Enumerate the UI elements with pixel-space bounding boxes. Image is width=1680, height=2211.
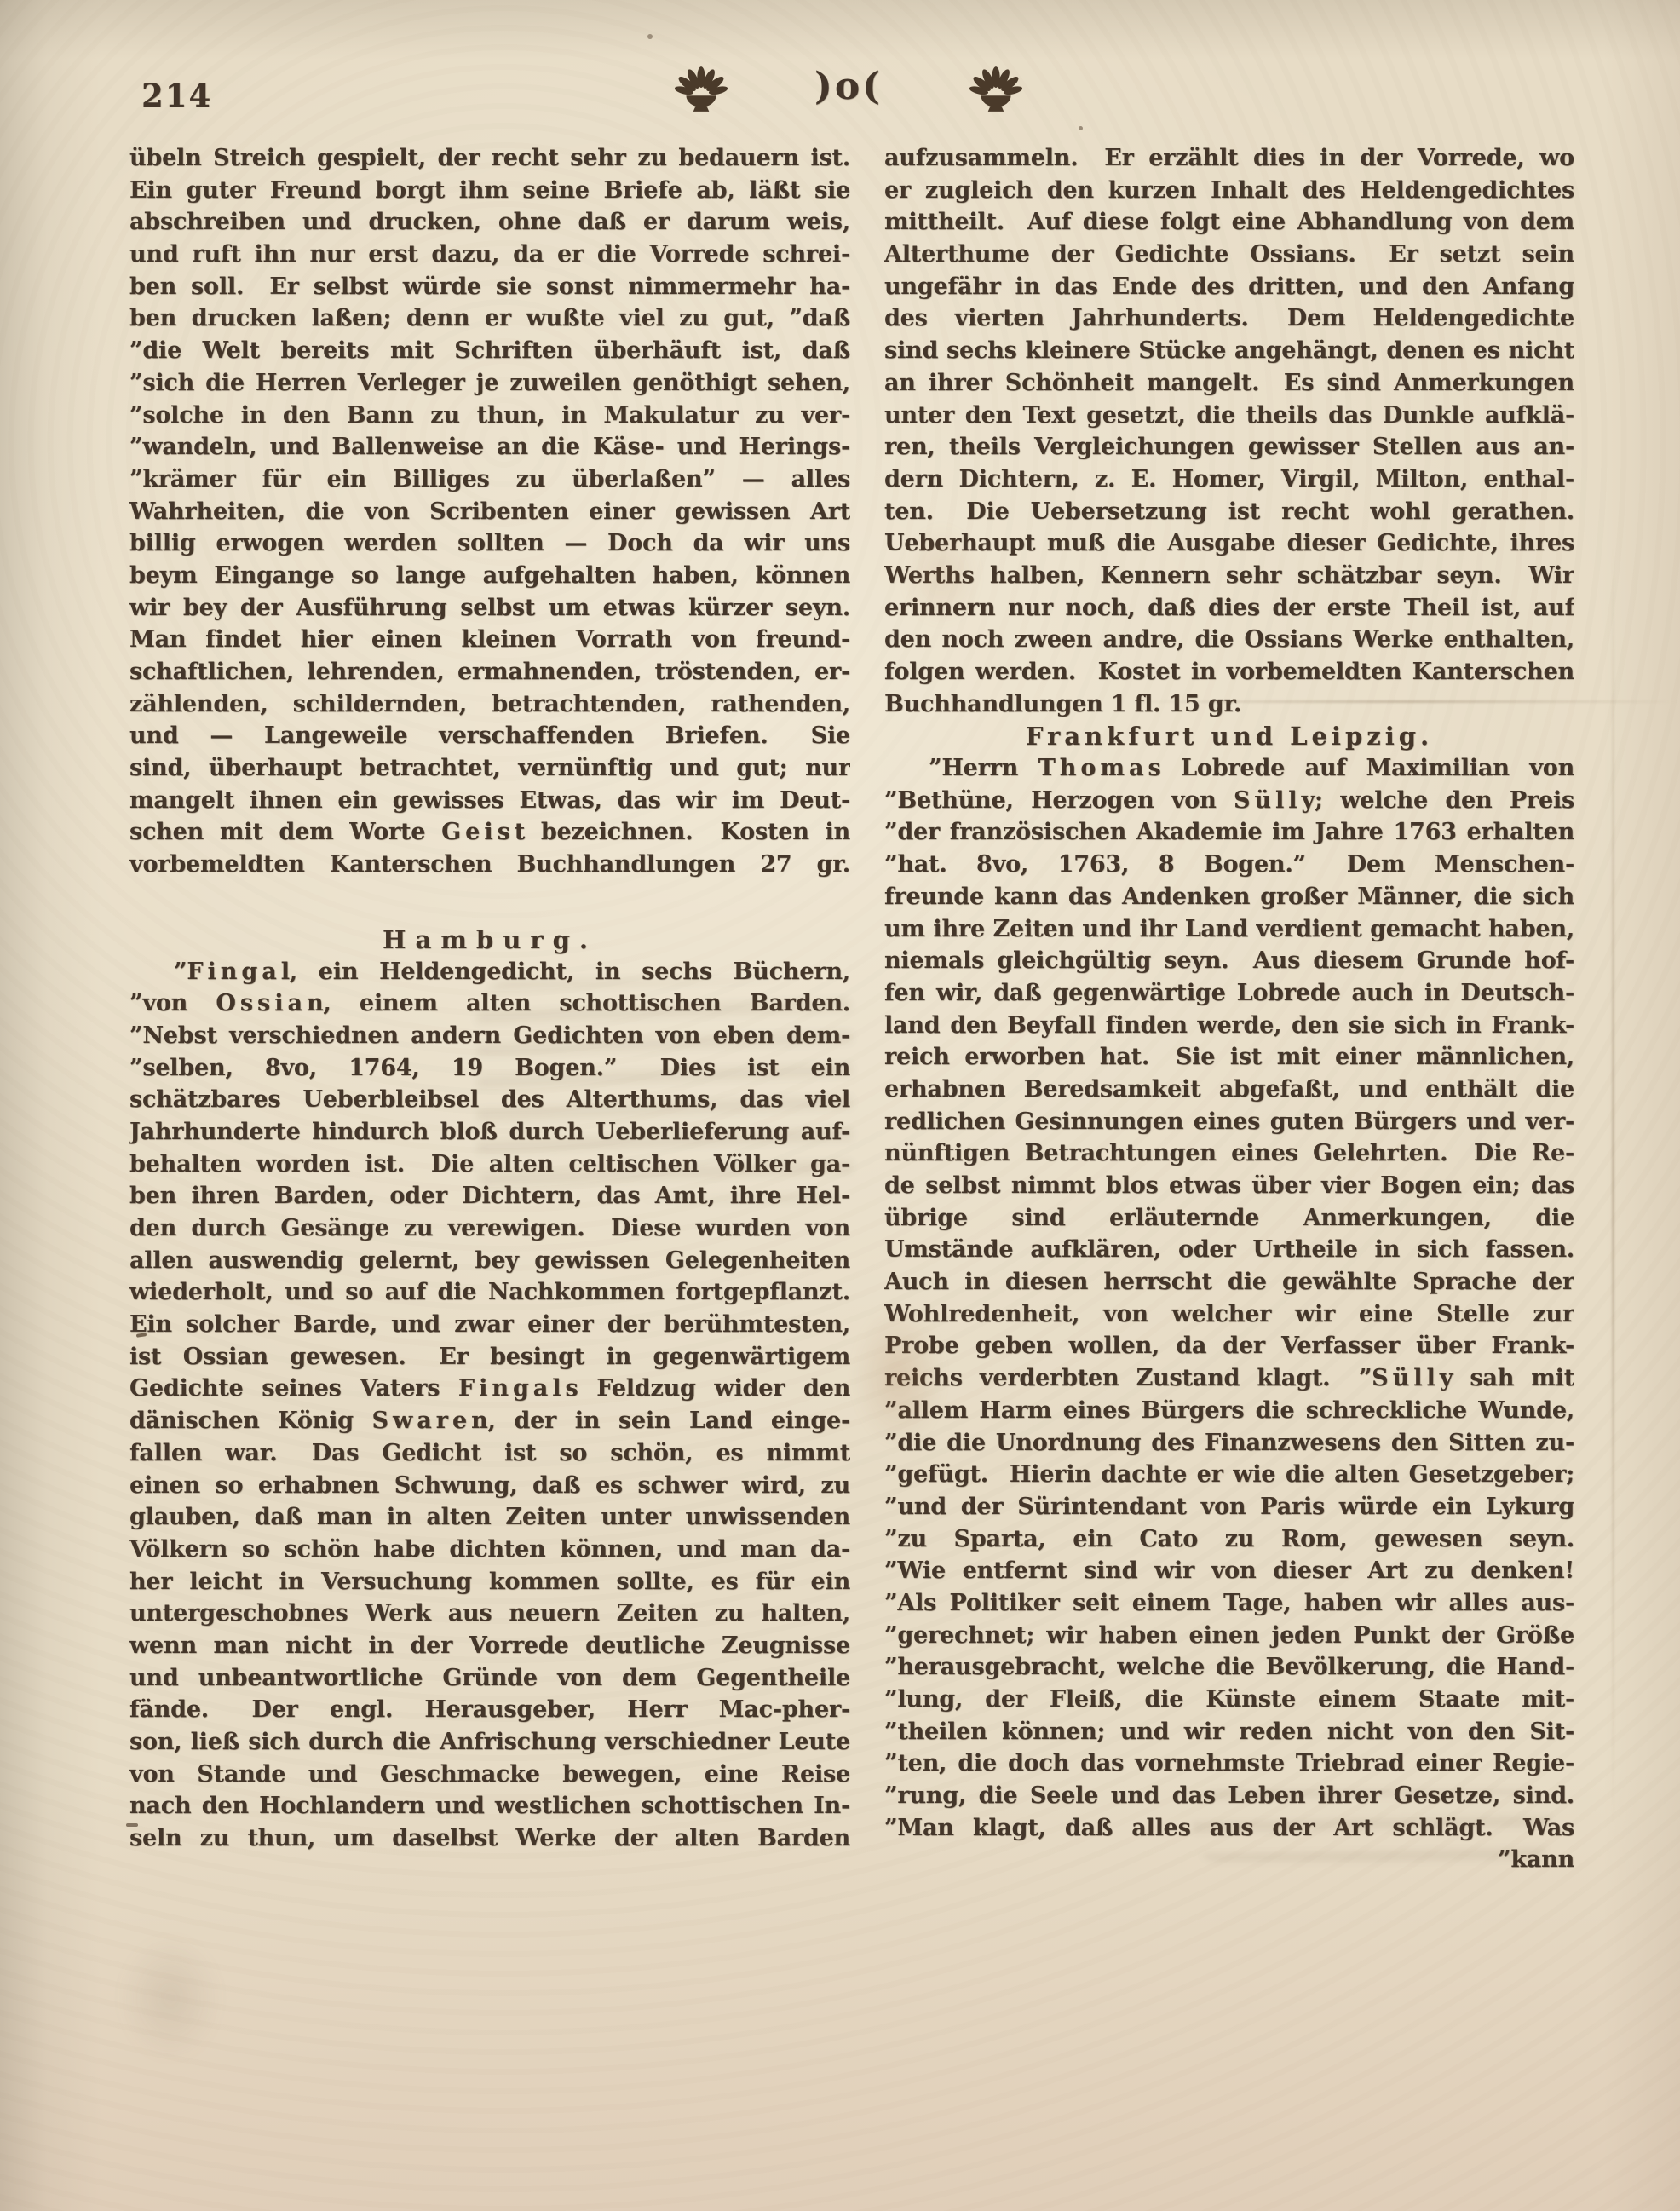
text-line: Alterthume der Gedichte Ossians. Er setz…	[884, 239, 1574, 272]
text-line: schen mit dem Worte G e i s t bezeichnen…	[129, 817, 850, 849]
text-line: abschreiben und drucken, ohne daß er dar…	[129, 207, 850, 239]
text-line: Wohlredenheit, von welcher wir eine Stel…	[884, 1299, 1574, 1332]
text-line: ”sich die Herren Verleger je zuweilen ge…	[129, 368, 850, 400]
text-line: ”gerechnet; wir haben einen jeden Punkt …	[884, 1621, 1574, 1653]
text-line: einen so erhabnen Schwung, daß es schwer…	[129, 1471, 850, 1503]
text-line: wenn man nicht in der Vorrede deutliche …	[129, 1631, 850, 1663]
text-line: allen auswendig gelernt, bey gewissen Ge…	[129, 1246, 850, 1278]
text-line: nach den Hochlandern und westlichen scho…	[129, 1791, 850, 1823]
text-line: beym Eingange so lange aufgehalten haben…	[129, 561, 850, 593]
text-line: freunde kann das Andenken großer Männer,…	[884, 882, 1574, 914]
text-line: ren, theils Vergleichungen gewisser Stel…	[884, 432, 1574, 464]
text-line: ”der französischen Akademie im Jahre 176…	[884, 817, 1574, 849]
text-line: dänischen König S w a r e n, der in sein…	[129, 1406, 850, 1438]
text-line: mittheilt. Auf diese folgt eine Abhandlu…	[884, 207, 1574, 239]
text-line: des vierten Jahrhunderts. Dem Heldengedi…	[884, 303, 1574, 336]
text-line: und — Langeweile verschaffenden Briefen.…	[129, 721, 850, 753]
text-line: erhabnen Beredsamkeit abgefaßt, und enth…	[884, 1074, 1574, 1107]
text-line: den noch zween andre, die Ossians Werke …	[884, 625, 1574, 657]
left-column: übeln Streich gespielt, der recht sehr z…	[129, 143, 850, 1856]
text-line: Wahrheiten, die von Scribenten einer gew…	[129, 497, 850, 529]
text-line: dern Dichtern, z. E. Homer, Virgil, Milt…	[884, 464, 1574, 497]
paper-stain	[98, 1909, 243, 2087]
text-line: schaftlichen, lehrenden, ermahnenden, tr…	[129, 657, 850, 689]
text-line: folgen werden. Kostet in vorbemeldten Ka…	[884, 657, 1574, 689]
text-line: erinnern nur noch, daß dies der erste Th…	[884, 593, 1574, 625]
text-line: sind sechs kleinere Stücke angehängt, de…	[884, 336, 1574, 368]
text-line: niemals gleichgültig seyn. Aus diesem Gr…	[884, 946, 1574, 978]
header-ornament: )o(	[806, 65, 891, 108]
text-line: ”Herrn T h o m a s Lobrede auf Maximilia…	[884, 753, 1574, 786]
text-line: ”herausgebracht, welche die Bevölkerung,…	[884, 1652, 1574, 1684]
text-line: um ihre Zeiten und ihr Land verdient gem…	[884, 914, 1574, 947]
text-line: Ein guter Freund borgt ihm seine Briefe …	[129, 176, 850, 208]
text-line: Werths halben, Kennern sehr schätzbar se…	[884, 561, 1574, 593]
text-line: vorbemeldten Kanterschen Buchhandlungen …	[129, 849, 850, 882]
text-line: ”hat. 8vo, 1763, 8 Bogen.” Dem Menschen-	[884, 849, 1574, 882]
text-line: Ueberhaupt muß die Ausgabe dieser Gedich…	[884, 528, 1574, 561]
text-line: ”gefügt. Hierin dachte er wie die alten …	[884, 1460, 1574, 1492]
text-line: son, ließ sich durch die Anfrischung ver…	[129, 1727, 850, 1759]
text-line: an ihrer Schönheit mangelt. Es sind Anme…	[884, 368, 1574, 400]
text-line: ”von O s s i a n, einem alten schottisch…	[129, 988, 850, 1021]
text-line: zählenden, schildernden, betrachtenden, …	[129, 689, 850, 722]
text-line: glauben, daß man in alten Zeiten unter u…	[129, 1502, 850, 1534]
text-line: ”und der Sürintendant von Paris würde ei…	[884, 1492, 1574, 1524]
ink-speck	[1079, 126, 1083, 130]
catchword: ”kann	[884, 1845, 1574, 1877]
text-line: aufzusammeln. Er erzählt dies in der Vor…	[884, 143, 1574, 176]
ink-speck	[647, 34, 653, 39]
text-line: ”selben, 8vo, 1764, 19 Bogen.” Dies ist …	[129, 1053, 850, 1085]
text-line: nünftigen Betrachtungen eines Gelehrten.…	[884, 1138, 1574, 1171]
text-line: ”ten, die doch das vornehmste Triebrad e…	[884, 1748, 1574, 1781]
fleuron-ornament-right	[969, 65, 1022, 112]
text-line: untergeschobnes Werk aus neuern Zeiten z…	[129, 1598, 850, 1631]
text-line: ”Wie entfernt sind wir von dieser Art zu…	[884, 1556, 1574, 1588]
section-heading: Frankfurt und Leipzig.	[884, 721, 1574, 753]
text-line: ”wandeln, und Ballenweise an die Käse- u…	[129, 432, 850, 464]
text-line: und unbeantwortliche Gründe von dem Gege…	[129, 1663, 850, 1696]
text-line: ”krämer für ein Billiges zu überlaßen” —…	[129, 464, 850, 497]
paper-crease	[1612, 545, 1614, 1823]
text-line: Man findet hier einen kleinen Vorrath vo…	[129, 625, 850, 657]
text-line: ”Als Politiker seit einem Tage, haben wi…	[884, 1588, 1574, 1621]
text-line: ”theilen können; und wir reden nicht von…	[884, 1717, 1574, 1749]
text-line: er zugleich den kurzen Inhalt des Helden…	[884, 176, 1574, 208]
right-column: aufzusammeln. Er erzählt dies in der Vor…	[884, 143, 1574, 1877]
text-line: Jahrhunderte hindurch bloß durch Ueberli…	[129, 1117, 850, 1149]
text-line: fände. Der engl. Herausgeber, Herr Mac-p…	[129, 1695, 850, 1727]
text-line: Probe geben wollen, da der Verfasser übe…	[884, 1331, 1574, 1363]
section-heading: Hamburg.	[129, 924, 850, 957]
text-line: Auch in diesen herrscht die gewählte Spr…	[884, 1267, 1574, 1299]
text-line: ben drucken laßen; denn er wußte viel zu…	[129, 303, 850, 336]
text-line: ”allem Harm eines Bürgers die schrecklic…	[884, 1396, 1574, 1428]
text-line: ”die die Unordnung des Finanzwesens den …	[884, 1428, 1574, 1460]
text-line: redlichen Gesinnungen eines guten Bürger…	[884, 1107, 1574, 1139]
text-line: fen wir, daß gegenwärtige Lobrede auch i…	[884, 978, 1574, 1010]
text-line: Gedichte seines Vaters F i n g a l s Fel…	[129, 1373, 850, 1406]
text-line: her leicht in Versuchung kommen sollte, …	[129, 1567, 850, 1599]
text-line: wir bey der Ausführung selbst um etwas k…	[129, 593, 850, 625]
text-line: schätzbares Ueberbleibsel des Alterthums…	[129, 1085, 850, 1117]
text-line: unter den Text gesetzt, die theils das D…	[884, 400, 1574, 433]
text-line: seln zu thun, um daselbst Werke der alte…	[129, 1823, 850, 1856]
text-line: ”F i n g a l, ein Heldengedicht, in sech…	[129, 957, 850, 989]
page-number: 214	[141, 77, 212, 114]
text-line: ”zu Sparta, ein Cato zu Rom, gewesen sey…	[884, 1524, 1574, 1557]
text-line: reich erworben hat. Sie ist mit einer mä…	[884, 1042, 1574, 1074]
text-line: Umstände aufklären, oder Urtheile in sic…	[884, 1235, 1574, 1267]
text-line: und ruft ihn nur erst dazu, da er die Vo…	[129, 239, 850, 272]
text-line: ben soll. Er selbst würde sie sonst nimm…	[129, 272, 850, 304]
scanned-book-page: 214 )o(	[0, 0, 1680, 2211]
text-line: Völkern so schön habe dichten können, un…	[129, 1534, 850, 1567]
text-line: sind, überhaupt betrachtet, vernünftig u…	[129, 753, 850, 786]
text-line: ”Bethüne, Herzogen von S ü l l y; welche…	[884, 786, 1574, 818]
text-line: wiederholt, und so auf die Nachkommen fo…	[129, 1277, 850, 1310]
text-line: von Stande und Geschmacke bewegen, eine …	[129, 1759, 850, 1792]
text-line: ben ihren Barden, oder Dichtern, das Amt…	[129, 1181, 850, 1213]
text-line: behalten worden ist. Die alten celtische…	[129, 1149, 850, 1182]
text-line: ten. Die Uebersetzung ist recht wohl ger…	[884, 497, 1574, 529]
text-line: den durch Gesänge zu verewigen. Diese wu…	[129, 1213, 850, 1246]
text-line: land den Beyfall finden werde, den sie s…	[884, 1010, 1574, 1043]
text-line: reichs verderbten Zustand klagt. ”S ü l …	[884, 1363, 1574, 1396]
text-line: ungefähr in das Ende des dritten, und de…	[884, 272, 1574, 304]
text-line: übrige sind erläuternde Anmerkungen, die…	[884, 1203, 1574, 1235]
text-line: billig erwogen werden sollten — Doch da …	[129, 528, 850, 561]
text-line: ”Man klagt, daß alles aus der Art schläg…	[884, 1813, 1574, 1845]
text-line: Buchhandlungen 1 fl. 15 gr.	[884, 689, 1574, 722]
text-line: ”die Welt bereits mit Schriften überhäuf…	[129, 336, 850, 368]
text-line: ist Ossian gewesen. Er besingt in gegenw…	[129, 1342, 850, 1374]
text-line: übeln Streich gespielt, der recht sehr z…	[129, 143, 850, 176]
text-line: ”Nebst verschiednen andern Gedichten von…	[129, 1021, 850, 1053]
text-line: ”rung, die Seele und das Leben ihrer Ges…	[884, 1781, 1574, 1813]
text-line: mangelt ihnen ein gewisses Etwas, das wi…	[129, 786, 850, 818]
text-line: de selbst nimmt blos etwas über vier Bog…	[884, 1171, 1574, 1203]
fleuron-ornament-left	[675, 65, 728, 112]
text-line: ”lung, der Fleiß, die Künste einem Staat…	[884, 1684, 1574, 1717]
text-line: Ein solcher Barde, und zwar einer der be…	[129, 1310, 850, 1342]
text-line: ”solche in den Bann zu thun, in Makulatu…	[129, 400, 850, 433]
text-line: fallen war. Das Gedicht ist so schön, es…	[129, 1438, 850, 1471]
